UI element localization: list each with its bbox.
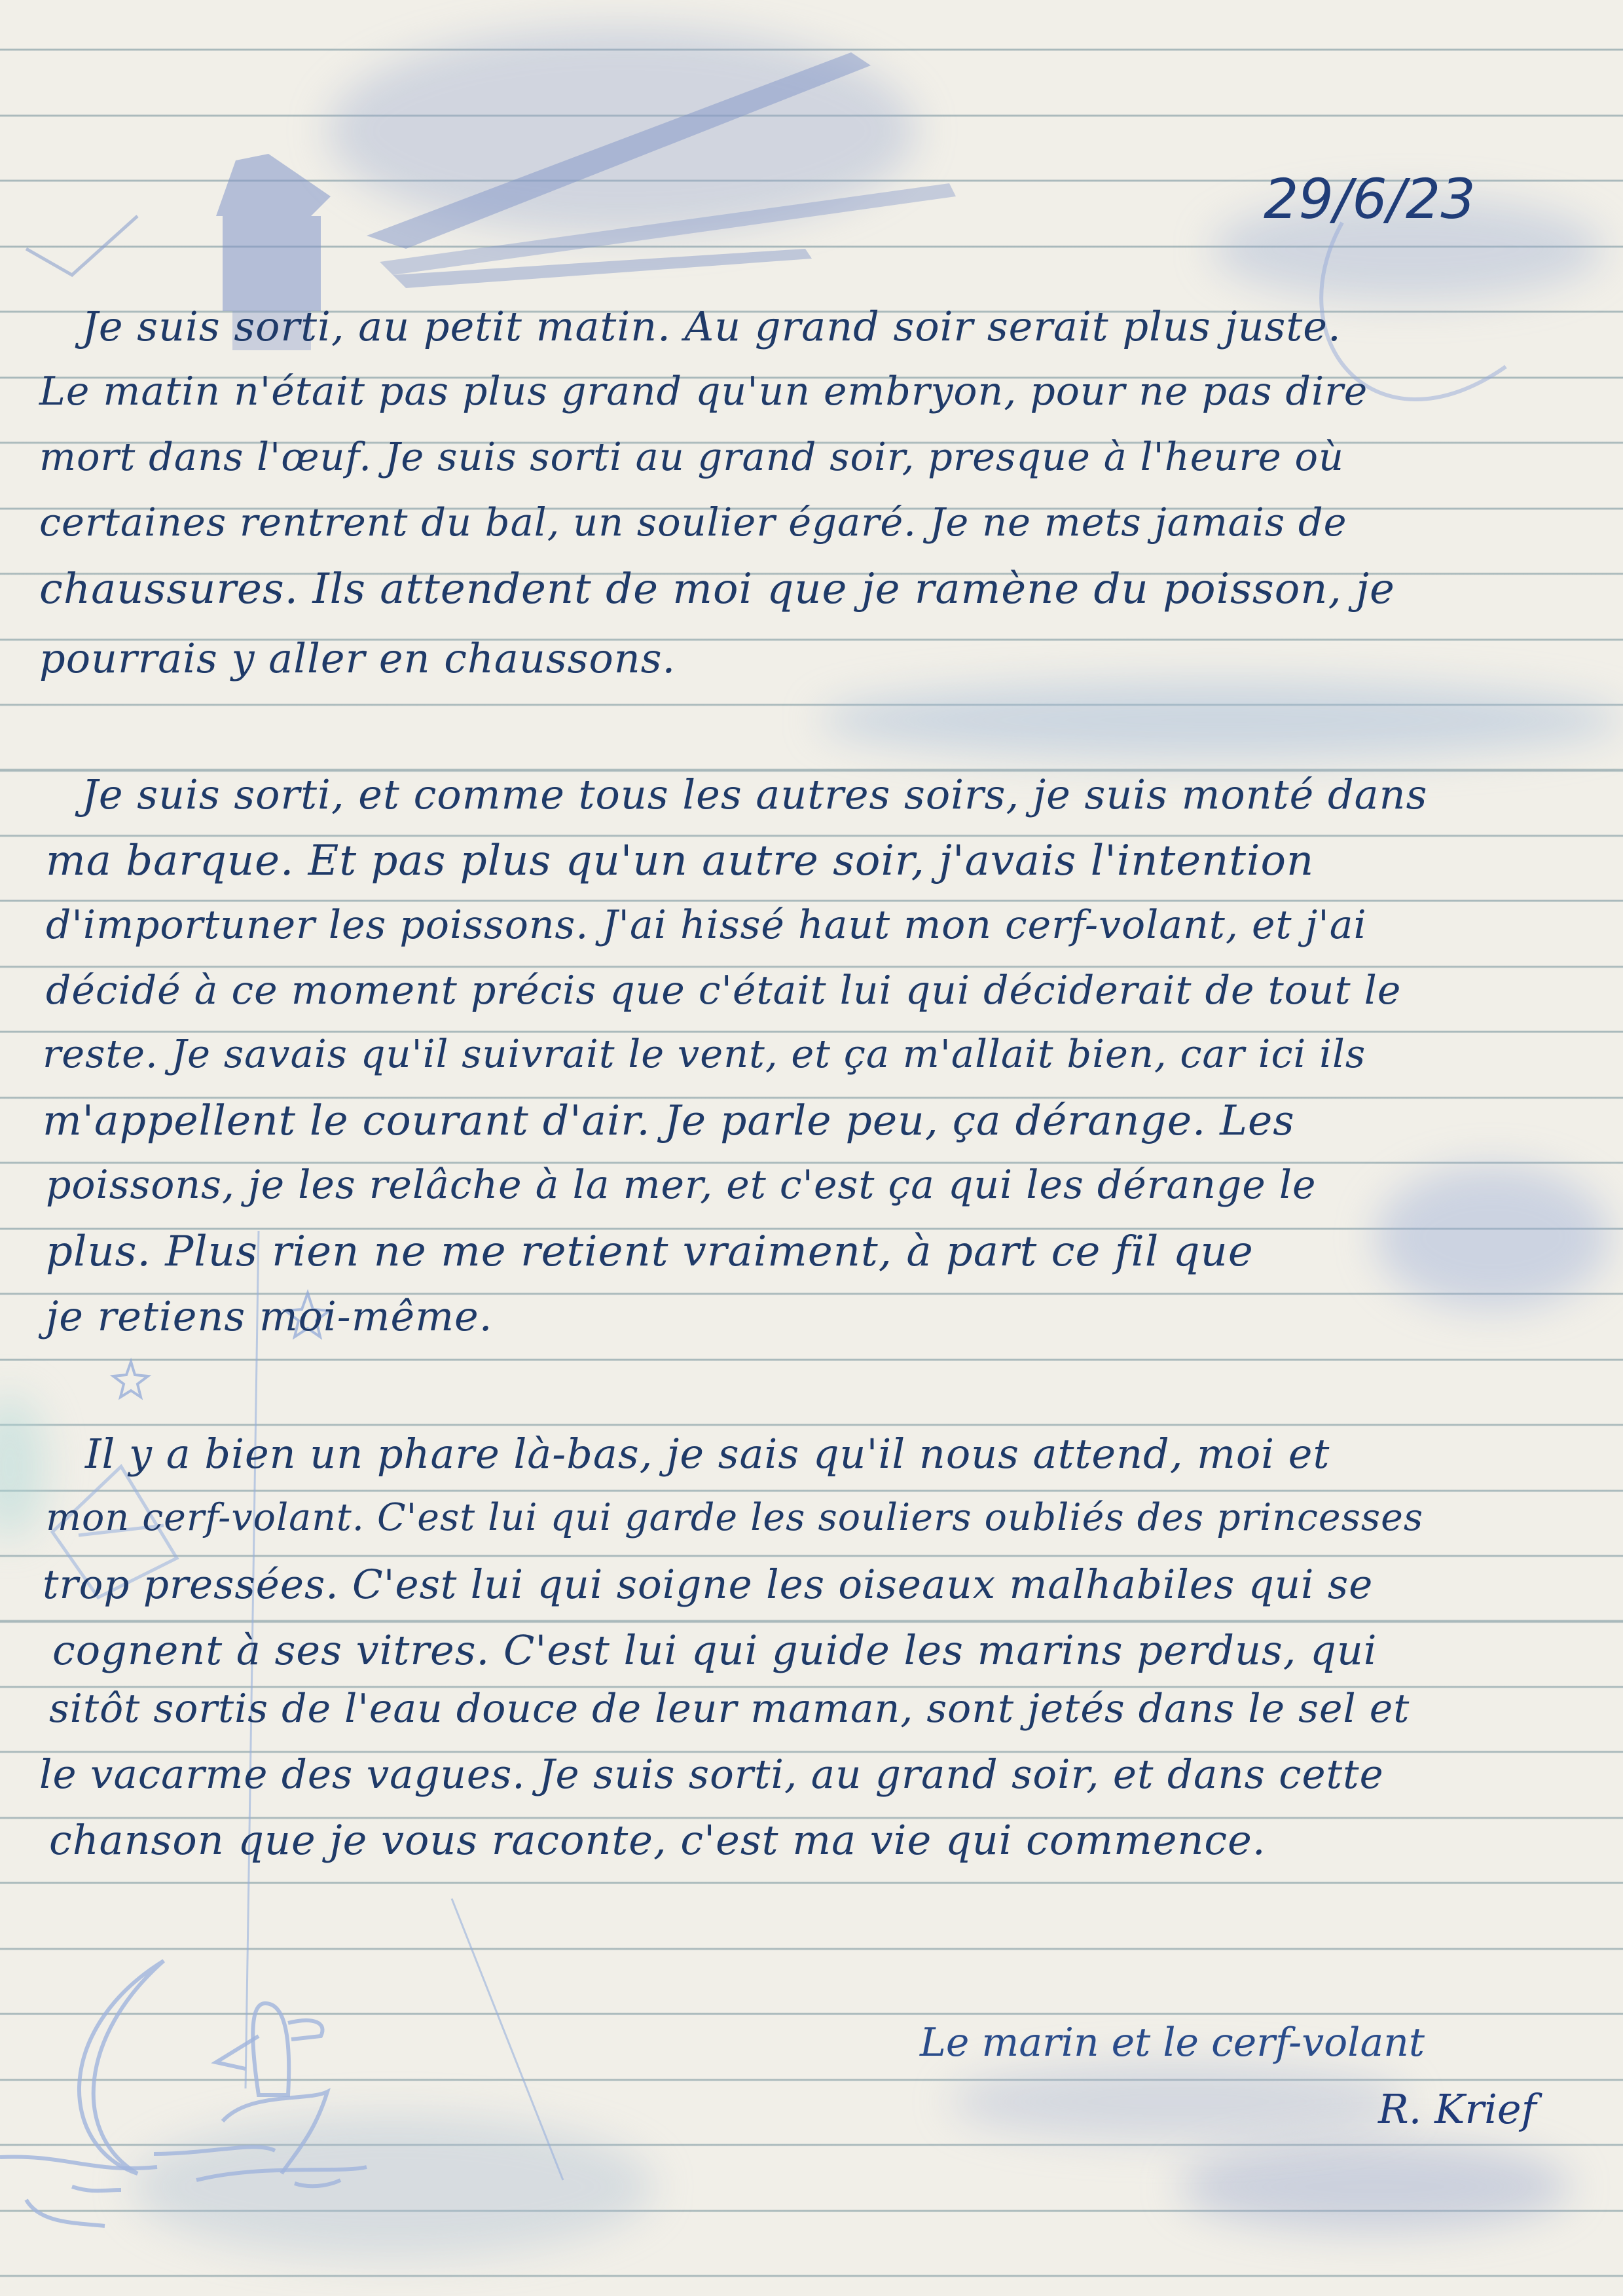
- text-line: mon cerf-volant. C'est lui qui garde les…: [46, 1499, 1423, 1537]
- text-line: ma barque. Et pas plus qu'un autre soir,…: [46, 840, 1314, 882]
- text-line: sitôt sortis de l'eau douce de leur mama…: [49, 1689, 1410, 1728]
- text-line: décidé à ce moment précis que c'était lu…: [46, 971, 1401, 1010]
- text-line: Il y a bien un phare là-bas, je sais qu'…: [85, 1434, 1330, 1474]
- kite-string-line: [452, 1899, 563, 2180]
- text-line: poissons, je les relâche à la mer, et c'…: [46, 1165, 1317, 1205]
- star-doodle-icon: [113, 1362, 148, 1397]
- text-line: chanson que je vous raconte, c'est ma vi…: [49, 1820, 1266, 1861]
- bird-doodle: [26, 216, 137, 275]
- text-line: trop pressées. C'est lui qui soigne les …: [43, 1565, 1373, 1605]
- text-line: d'importuner les poissons. J'ai hissé ha…: [46, 905, 1367, 945]
- text-line: le vacarme des vagues. Je suis sorti, au…: [39, 1755, 1384, 1795]
- text-line: plus. Plus rien ne me retient vraiment, …: [46, 1231, 1254, 1273]
- text-line: Je suis sorti, au petit matin. Au grand …: [82, 306, 1341, 347]
- crescent-moon-boat-icon: [0, 1961, 367, 2226]
- text-line: Je suis sorti, et comme tous les autres …: [82, 774, 1427, 815]
- signature-name: R. Krief: [1378, 2085, 1537, 2133]
- text-line: m'appellent le courant d'air. Je parle p…: [43, 1100, 1295, 1141]
- signature-title: Le marin et le cerf-volant: [920, 2020, 1425, 2066]
- text-line: reste. Je savais qu'il suivrait le vent,…: [43, 1034, 1366, 1073]
- letter-date: 29/6/23: [1264, 167, 1476, 231]
- text-line: Le matin n'était pas plus grand qu'un em…: [39, 372, 1368, 411]
- text-line: je retiens moi-même.: [46, 1296, 492, 1337]
- text-line: mort dans l'œuf. Je suis sorti au grand …: [39, 437, 1344, 476]
- text-line: pourrais y aller en chaussons.: [39, 638, 676, 679]
- text-line: cognent à ses vitres. C'est lui qui guid…: [52, 1630, 1377, 1671]
- text-line: certaines rentrent du bal, un soulier ég…: [39, 503, 1347, 541]
- text-line: chaussures. Ils attendent de moi que je …: [39, 568, 1395, 610]
